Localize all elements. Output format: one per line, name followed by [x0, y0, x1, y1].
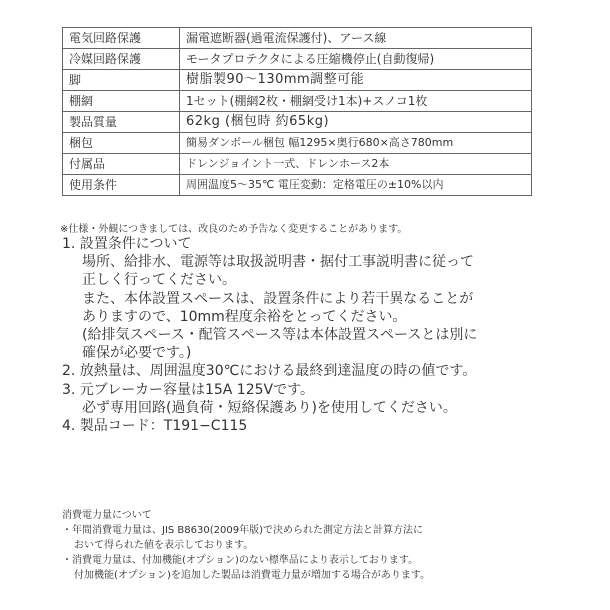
row-label: 製品質量	[63, 112, 180, 133]
row-label: 脚	[63, 70, 180, 91]
table-row: 電気回路保護漏電遮断器(過電流保護付)、アース線	[63, 28, 532, 49]
table-row: 棚網1セット(棚網2枚・棚網受け1本)+スノコ1枚	[63, 91, 532, 112]
row-value: 62kg (梱包時 約65kg)	[180, 112, 532, 133]
note-line: ありますので、10mm程度余裕をとってください。	[62, 308, 477, 326]
table-row: 付属品ドレンジョイント一式、ドレンホース2本	[63, 154, 532, 175]
row-value: モータプロテクタによる圧縮機停止(自動復帰)	[180, 49, 532, 70]
table-row: 梱包簡易ダンボール梱包 幅1295×奥行680×高さ780mm	[63, 133, 532, 154]
note-line: 3. 元ブレーカー容量は15A 125Vです。	[62, 381, 477, 399]
bullet-line: おいて得られた値を表示しております。	[62, 538, 430, 553]
row-label: 棚網	[63, 91, 180, 112]
note-item-3: 3. 元ブレーカー容量は15A 125Vです。 必ず専用回路(過負荷・短絡保護あ…	[62, 381, 477, 417]
table-row: 使用条件周囲温度5～35℃ 電圧変動：定格電圧の±10%以内	[63, 175, 532, 196]
disclaimer-note: ※仕様・外観につきましては、改良のため予告なく変更することがあります。	[60, 220, 407, 235]
note-item-2: 2. 放熱量は、周囲温度30℃における最終到達温度の時の値です。	[62, 362, 477, 380]
table-row: 冷媒回路保護モータプロテクタによる圧縮機停止(自動復帰)	[63, 49, 532, 70]
note-line: (給排気スペース・配管スペース等は本体設置スペースとは別に	[62, 326, 477, 344]
note-line: また、本体設置スペースは、設置条件により若干異なることが	[62, 290, 477, 308]
note-line: 場所、給排水、電源等は取扱説明書・据付工事説明書に従って	[62, 253, 477, 271]
notes-list: 1. 設置条件について 場所、給排水、電源等は取扱説明書・据付工事説明書に従って…	[62, 235, 477, 435]
row-value: 周囲温度5～35℃ 電圧変動：定格電圧の±10%以内	[180, 175, 532, 196]
row-label: 電気回路保護	[63, 28, 180, 49]
row-label: 使用条件	[63, 175, 180, 196]
table-row: 製品質量62kg (梱包時 約65kg)	[63, 112, 532, 133]
table-row: 脚樹脂製90～130mm調整可能	[63, 70, 532, 91]
bullet-line: 付加機能(オプション)を追加した製品は消費電力量が増加する場合があります。	[62, 568, 430, 583]
note-line: 正しく行ってください。	[62, 271, 477, 289]
note-line: 2. 放熱量は、周囲温度30℃における最終到達温度の時の値です。	[62, 362, 477, 380]
bullet-item: ・年間消費電力量は、JIS B8630(2009年版)で決められた測定方法と計算…	[62, 523, 430, 553]
row-label: 梱包	[63, 133, 180, 154]
row-label: 冷媒回路保護	[63, 49, 180, 70]
row-value: 漏電遮断器(過電流保護付)、アース線	[180, 28, 532, 49]
row-value: 簡易ダンボール梱包 幅1295×奥行680×高さ780mm	[180, 133, 532, 154]
bullet-line: ・消費電力量は、付加機能(オプション)のない標準品により表示しております。	[62, 553, 430, 568]
note-item-1: 1. 設置条件について 場所、給排水、電源等は取扱説明書・据付工事説明書に従って…	[62, 235, 477, 362]
bullet-line: ・年間消費電力量は、JIS B8630(2009年版)で決められた測定方法と計算…	[62, 523, 430, 538]
bullet-item: ・消費電力量は、付加機能(オプション)のない標準品により表示しております。 付加…	[62, 553, 430, 583]
row-label: 付属品	[63, 154, 180, 175]
row-value: ドレンジョイント一式、ドレンホース2本	[180, 154, 532, 175]
row-value: 1セット(棚網2枚・棚網受け1本)+スノコ1枚	[180, 91, 532, 112]
note-line: 必ず専用回路(過負荷・短絡保護あり)を使用してください。	[62, 399, 477, 417]
note-line: 4. 製品コード：T191−C115	[62, 417, 477, 435]
note-item-4: 4. 製品コード：T191−C115	[62, 417, 477, 435]
spec-table: 電気回路保護漏電遮断器(過電流保護付)、アース線 冷媒回路保護モータプロテクタに…	[62, 27, 532, 196]
section-title: 消費電力量について	[62, 508, 430, 523]
note-line: 1. 設置条件について	[62, 235, 477, 253]
note-line: 確保が必要です。)	[62, 344, 477, 362]
power-consumption-section: 消費電力量について ・年間消費電力量は、JIS B8630(2009年版)で決め…	[62, 508, 430, 583]
row-value: 樹脂製90～130mm調整可能	[180, 70, 532, 91]
